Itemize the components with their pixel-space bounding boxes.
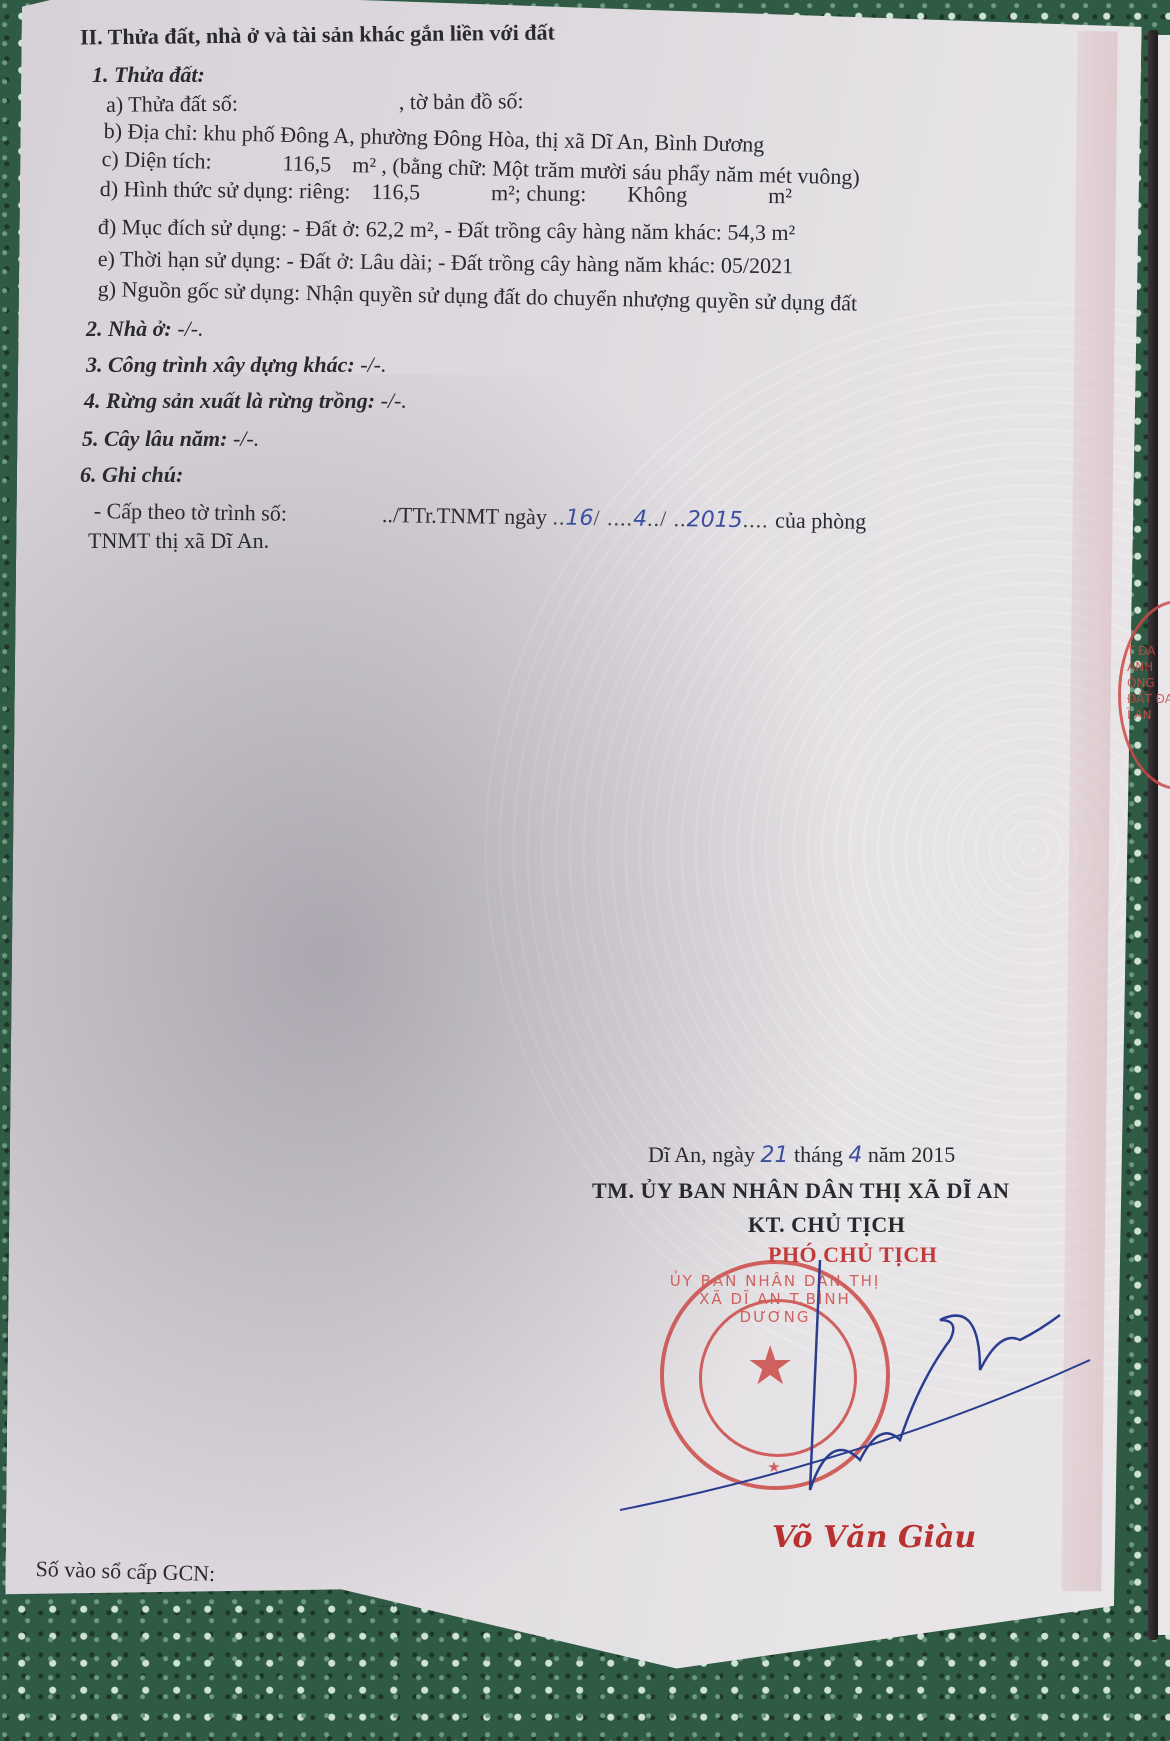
origin-row: g) Nguồn gốc sử dụng: Nhận quyền sử dụng… bbox=[98, 276, 858, 317]
signed-month: 4 bbox=[848, 1143, 862, 1168]
production-forest-row: 4. Rừng sản xuất là rừng trồng: -/-. bbox=[84, 388, 407, 414]
registry-label: Số vào sổ cấp GCN: bbox=[35, 1556, 215, 1587]
place-date-line: Dĩ An, ngày 21 tháng 4 năm 2015 bbox=[648, 1142, 955, 1168]
production-forest-value: -/-. bbox=[381, 388, 407, 413]
parcel-number-row: a) Thửa đất số: , tờ bản đồ số: bbox=[106, 88, 524, 118]
month-label: tháng bbox=[794, 1142, 843, 1167]
notes-handwritten-month: 4 bbox=[633, 507, 647, 532]
side-seal-line: Ĩ AN bbox=[1127, 707, 1170, 723]
side-seal-line: ĐẤT ĐA bbox=[1127, 691, 1170, 707]
section-title: II. Thửa đất, nhà ở và tài sản khác gắn … bbox=[80, 20, 555, 51]
issuing-authority: TM. ỦY BAN NHÂN DÂN THỊ XÃ DĨ AN bbox=[592, 1178, 1010, 1204]
place-date-prefix: Dĩ An, ngày bbox=[648, 1142, 755, 1167]
other-construction-row: 3. Công trình xây dựng khác: -/-. bbox=[86, 352, 386, 378]
housing-row: 2. Nhà ở: -/-. bbox=[86, 316, 204, 342]
document-content: II. Thửa đất, nhà ở và tài sản khác gắn … bbox=[0, 0, 1170, 1741]
usage-form-label: d) Hình thức sử dụng: riêng: bbox=[100, 176, 351, 204]
side-seal-line: ÔNG bbox=[1127, 675, 1170, 691]
perennial-trees-value: -/-. bbox=[233, 426, 259, 451]
other-construction-value: -/-. bbox=[360, 352, 386, 377]
side-seal: T ĐA ÀNH ÔNG ĐẤT ĐA Ĩ AN bbox=[1118, 600, 1170, 790]
perennial-trees-label: 5. Cây lâu năm: bbox=[82, 426, 227, 451]
housing-label: 2. Nhà ở: bbox=[86, 316, 172, 341]
usage-shared-unit: m² bbox=[768, 183, 792, 208]
area-value: 116,5 bbox=[282, 150, 331, 176]
notes-prefix: - Cấp theo tờ trình số: bbox=[94, 498, 287, 526]
signer-name: Võ Văn Giàu bbox=[772, 1520, 976, 1555]
year-label: năm 2015 bbox=[868, 1142, 955, 1167]
term-row: e) Thời hạn sử dụng: - Đất ở: Lâu dài; -… bbox=[98, 246, 793, 279]
purpose-row: đ) Mục đích sử dụng: - Đất ở: 62,2 m², -… bbox=[98, 214, 795, 246]
notes-handwritten-day: 16 bbox=[565, 506, 593, 531]
side-seal-line: ÀNH bbox=[1127, 659, 1170, 675]
parcel-number-label: a) Thửa đất số: bbox=[106, 91, 238, 117]
perennial-trees-row: 5. Cây lâu năm: -/-. bbox=[82, 426, 259, 452]
signature-icon bbox=[620, 1230, 1100, 1530]
signed-day: 21 bbox=[760, 1143, 788, 1168]
usage-shared-value: Không bbox=[627, 182, 687, 208]
parcel-number-value bbox=[243, 109, 393, 110]
land-parcel-heading: 1. Thửa đất: bbox=[92, 62, 205, 88]
notes-line-2: TNMT thị xã Dĩ An. bbox=[88, 528, 269, 554]
notes-handwritten-year: 2015 bbox=[686, 507, 742, 533]
other-construction-label: 3. Công trình xây dựng khác: bbox=[86, 352, 355, 377]
housing-value: -/-. bbox=[177, 316, 203, 341]
notes-heading: 6. Ghi chú: bbox=[80, 462, 183, 488]
usage-private-unit: m²; chung: bbox=[491, 180, 586, 206]
address-label: b) Địa chỉ: bbox=[103, 118, 198, 145]
term-label: e) Thời hạn sử dụng: bbox=[98, 246, 282, 273]
area-label: c) Diện tích: bbox=[101, 146, 212, 174]
origin-label: g) Nguồn gốc sử dụng: bbox=[98, 276, 301, 305]
notes-ref: ../TTr.TNMT ngày bbox=[382, 502, 547, 529]
notes-suffix: của phòng bbox=[775, 508, 866, 534]
term-value: - Đất ở: Lâu dài; - Đất trồng cây hàng n… bbox=[286, 248, 793, 278]
production-forest-label: 4. Rừng sản xuất là rừng trồng: bbox=[84, 388, 375, 413]
area-unit: m² bbox=[352, 152, 376, 178]
map-sheet-label: , tờ bản đồ số: bbox=[399, 88, 524, 114]
purpose-value: - Đất ở: 62,2 m², - Đất trồng cây hàng n… bbox=[292, 216, 795, 245]
purpose-label: đ) Mục đích sử dụng: bbox=[98, 214, 287, 241]
origin-value: Nhận quyền sử dụng đất do chuyển nhượng … bbox=[306, 280, 858, 316]
registry-value: ..... bbox=[378, 1596, 396, 1612]
usage-private-value: 116,5 bbox=[371, 179, 420, 205]
side-seal-line: T ĐA bbox=[1127, 643, 1170, 659]
